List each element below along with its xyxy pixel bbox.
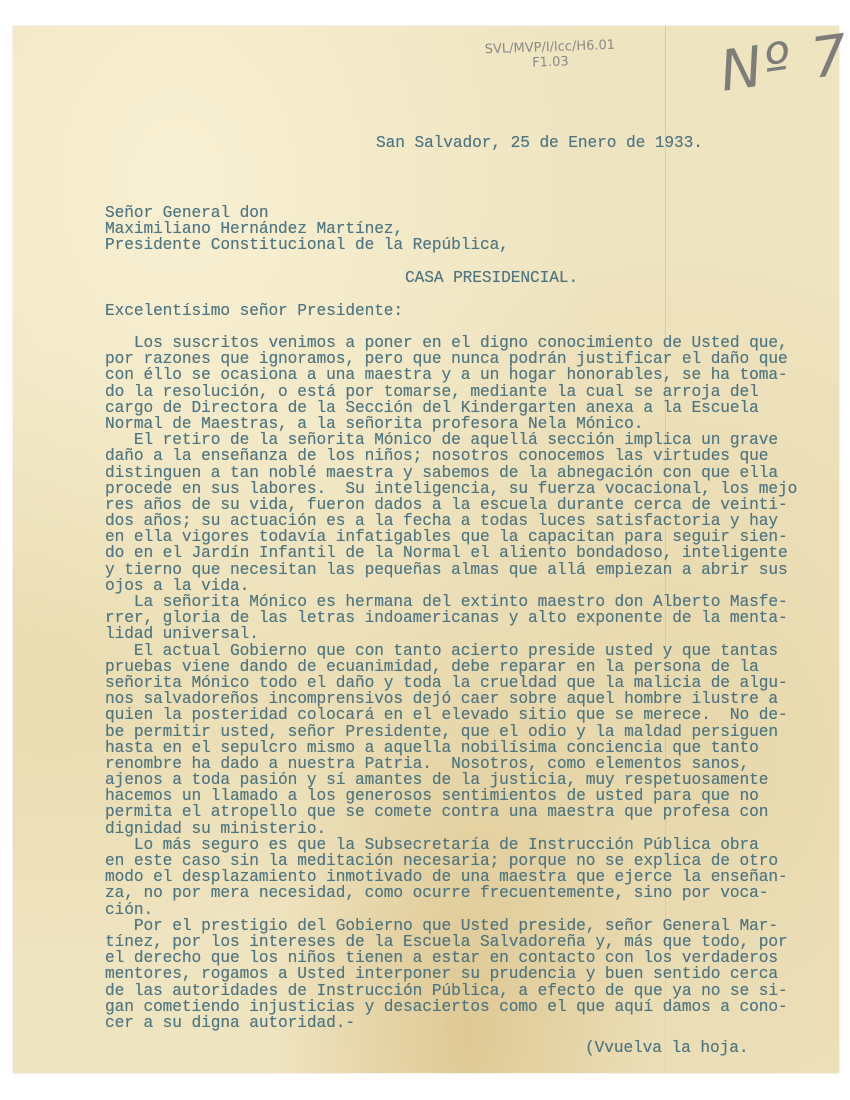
- body-line: en ella vigores todavía infatigables que…: [105, 529, 797, 545]
- body-line: Lo más seguro es que la Subsecretaría de…: [105, 837, 797, 853]
- body-line: en este caso sin la meditación necesaria…: [105, 853, 797, 869]
- place-date-line: San Salvador, 25 de Enero de 1933.: [376, 135, 703, 151]
- body-line: hasta en el sepulcro mismo a aquella nob…: [105, 740, 797, 756]
- body-line: Los suscritos venimos a poner en el dign…: [105, 335, 797, 351]
- body-line: dos años; su actuación es a la fecha a t…: [105, 513, 797, 529]
- body-line: procede en sus labores. Su inteligencia,…: [105, 481, 797, 497]
- body-line: La señorita Mónico es hermana del extint…: [105, 594, 797, 610]
- body-line: distinguen a tan noblé maestra y sabemos…: [105, 465, 797, 481]
- body-line: lidad universal.: [105, 626, 797, 642]
- body-line: ción.: [105, 902, 797, 918]
- body-line: gan cometiendo injusticias y desaciertos…: [105, 999, 797, 1015]
- body-line: ajenos a toda pasión y sí amantes de la …: [105, 772, 797, 788]
- body-line: cer a su digna autoridad.-: [105, 1015, 797, 1031]
- body-line: El retiro de la señorita Mónico de aquel…: [105, 432, 797, 448]
- body-line: de las autoridades de Instrucción Públic…: [105, 983, 797, 999]
- body-line: pruebas viene dando de ecuanimidad, debe…: [105, 659, 797, 675]
- addressee-block: Señor General don Maximiliano Hernández …: [105, 205, 509, 254]
- body-line: daño a la enseñanza de los niños; nosotr…: [105, 448, 797, 464]
- body-line: nos salvadoreños incomprensivos dejó cae…: [105, 691, 797, 707]
- body-line: tínez, por los intereses de la Escuela S…: [105, 934, 797, 950]
- body-line: do en el Jardín Infantil de la Normal el…: [105, 545, 797, 561]
- archive-code-annotation: SVL/MVP/I/lcc/H6.01 F1.03: [485, 38, 616, 73]
- addressee-line: Presidente Constitucional de la Repúblic…: [105, 236, 509, 254]
- body-line: Por el prestigio del Gobierno que Usted …: [105, 918, 797, 934]
- body-line: con éllo se ocasiona a una maestra y a u…: [105, 367, 797, 383]
- body-line: renombre ha dado a nuestra Patria. Nosot…: [105, 756, 797, 772]
- body-line: dignidad su ministerio.: [105, 821, 797, 837]
- body-line: mentores, rogamos a Usted interponer su …: [105, 966, 797, 982]
- body-line: ojos a la vida.: [105, 578, 797, 594]
- addressee-location: CASA PRESIDENCIAL.: [405, 270, 578, 286]
- body-line: señorita Mónico todo el daño y toda la c…: [105, 675, 797, 691]
- body-line: y tierno que necesitan las pequeñas alma…: [105, 562, 797, 578]
- body-line: permita el atropello que se comete contr…: [105, 804, 797, 820]
- body-line: do la resolución, o está por tomarse, me…: [105, 384, 797, 400]
- body-line: za, no por mera necesidad, como ocurre f…: [105, 885, 797, 901]
- body-line: modo el desplazamiento inmotivado de una…: [105, 869, 797, 885]
- archive-code-line2: F1.03: [532, 54, 569, 70]
- body-line: cargo de Directora de la Sección del Kin…: [105, 400, 797, 416]
- body-line: El actual Gobierno que con tanto acierto…: [105, 643, 797, 659]
- body-line: res años de su vida, fueron dados a la e…: [105, 497, 797, 513]
- body-line: quien la posteridad colocará en el eleva…: [105, 707, 797, 723]
- body-line: hacemos un llamado a los generosos senti…: [105, 788, 797, 804]
- body-line: rrer, gloria de las letras indoamericana…: [105, 610, 797, 626]
- letter-body: Los suscritos venimos a poner en el dign…: [105, 335, 797, 1031]
- body-line: be permitir usted, señor Presidente, que…: [105, 724, 797, 740]
- body-line: por razones que ignoramos, pero que nunc…: [105, 351, 797, 367]
- salutation: Excelentísimo señor Presidente:: [105, 303, 403, 319]
- body-line: Normal de Maestras, a la señorita profes…: [105, 416, 797, 432]
- body-line: el derecho que los niños tienen a estar …: [105, 950, 797, 966]
- turn-page-note: (Vvuelva la hoja.: [585, 1040, 748, 1056]
